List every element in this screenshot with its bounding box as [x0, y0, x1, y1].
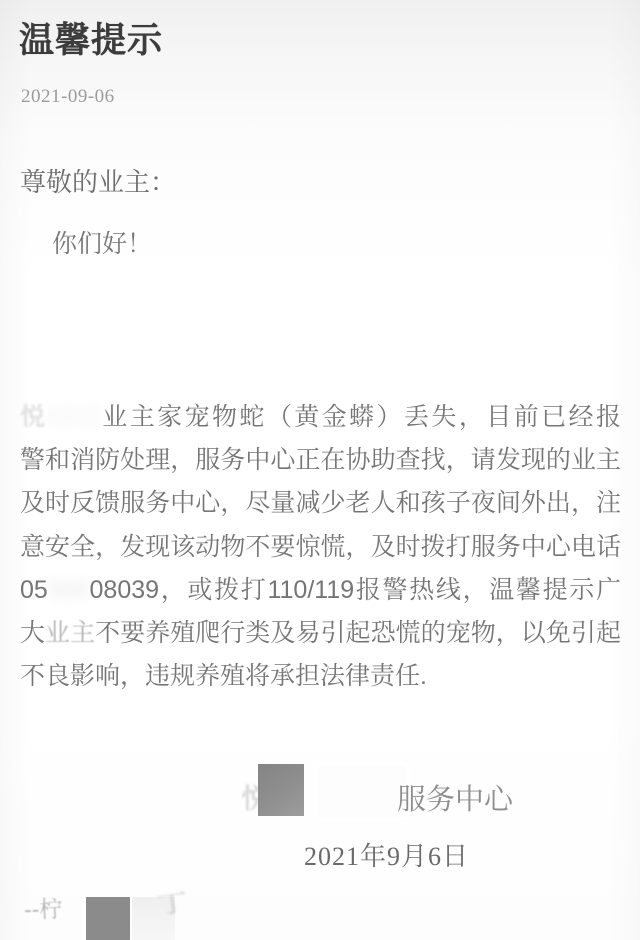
redacted-text-segment: 悦 [20, 403, 47, 431]
footer-faint-mark: 丁 [154, 882, 190, 921]
signature-redaction-box [258, 764, 304, 816]
footer-handwritten-mark: --柠 [23, 890, 62, 924]
body-text-segment: 警和消防处理，服务中心正在协助查找，请发现的业主 [20, 446, 621, 474]
redacted-text-segment: 口口 [47, 403, 102, 431]
body-line: 警和消防处理，服务中心正在协助查找，请发现的业主 [20, 439, 621, 482]
body-line: 及时反馈服务中心，尽量减少老人和孩子夜间外出，注 [20, 482, 621, 525]
body-text-segment: 意安全，发现该动物不要惊慌，及时拨打服务中心电话 [20, 533, 621, 561]
body-line: 大业主不要养殖爬行类及易引起恐慌的宠物，以免引起 [20, 612, 621, 655]
body-text-segment: 不要养殖爬行类及易引起恐慌的宠物，以免引起 [95, 619, 621, 647]
body-text-segment: 业主家宠物蛇（黄金蟒）丢失，目前已经报 [102, 403, 621, 431]
body-line: 悦口口业主家宠物蛇（黄金蟒）丢失，目前已经报 [20, 396, 621, 439]
body-text-segment: 及时反馈服务中心，尽量减少老人和孩子夜间外出，注 [20, 489, 621, 517]
body-line: 不良影响，违规养殖将承担法律责任. [20, 655, 621, 698]
signature-org-name: 服务中心 [397, 777, 513, 818]
salutation-line: 尊敬的业主： [20, 162, 176, 199]
signature-white-blur-box [317, 766, 406, 817]
notice-body: 悦口口业主家宠物蛇（黄金蟒）丢失，目前已经报警和消防处理，服务中心正在协助查找，… [20, 396, 621, 698]
body-text-segment: 不良影响，违规养殖将承担法律责任. [20, 662, 427, 690]
posted-date: 2021-09-06 [21, 86, 115, 108]
notice-photo: 温馨提示 2021-09-06 尊敬的业主： 你们好！ 悦口口业主家宠物蛇（黄金… [0, 0, 640, 940]
body-line: 意安全，发现该动物不要惊慌，及时拨打服务中心电话 [20, 526, 621, 569]
redacted-text-segment: 000 [48, 576, 90, 604]
redacted-text-segment: 业主 [45, 619, 95, 647]
body-text-segment: 大 [20, 619, 45, 647]
footer-redaction-box [86, 897, 130, 940]
notice-title: 温馨提示 [19, 13, 163, 63]
signature-date: 2021年9月6日 [304, 836, 469, 873]
body-text-segment: 05 [20, 576, 48, 604]
body-line: 0500008039，或拨打110/119报警热线，温馨提示广 [20, 569, 621, 612]
greeting-line: 你们好！ [52, 224, 152, 260]
body-text-segment: 08039，或拨打110/119报警热线，温馨提示广 [90, 576, 621, 604]
